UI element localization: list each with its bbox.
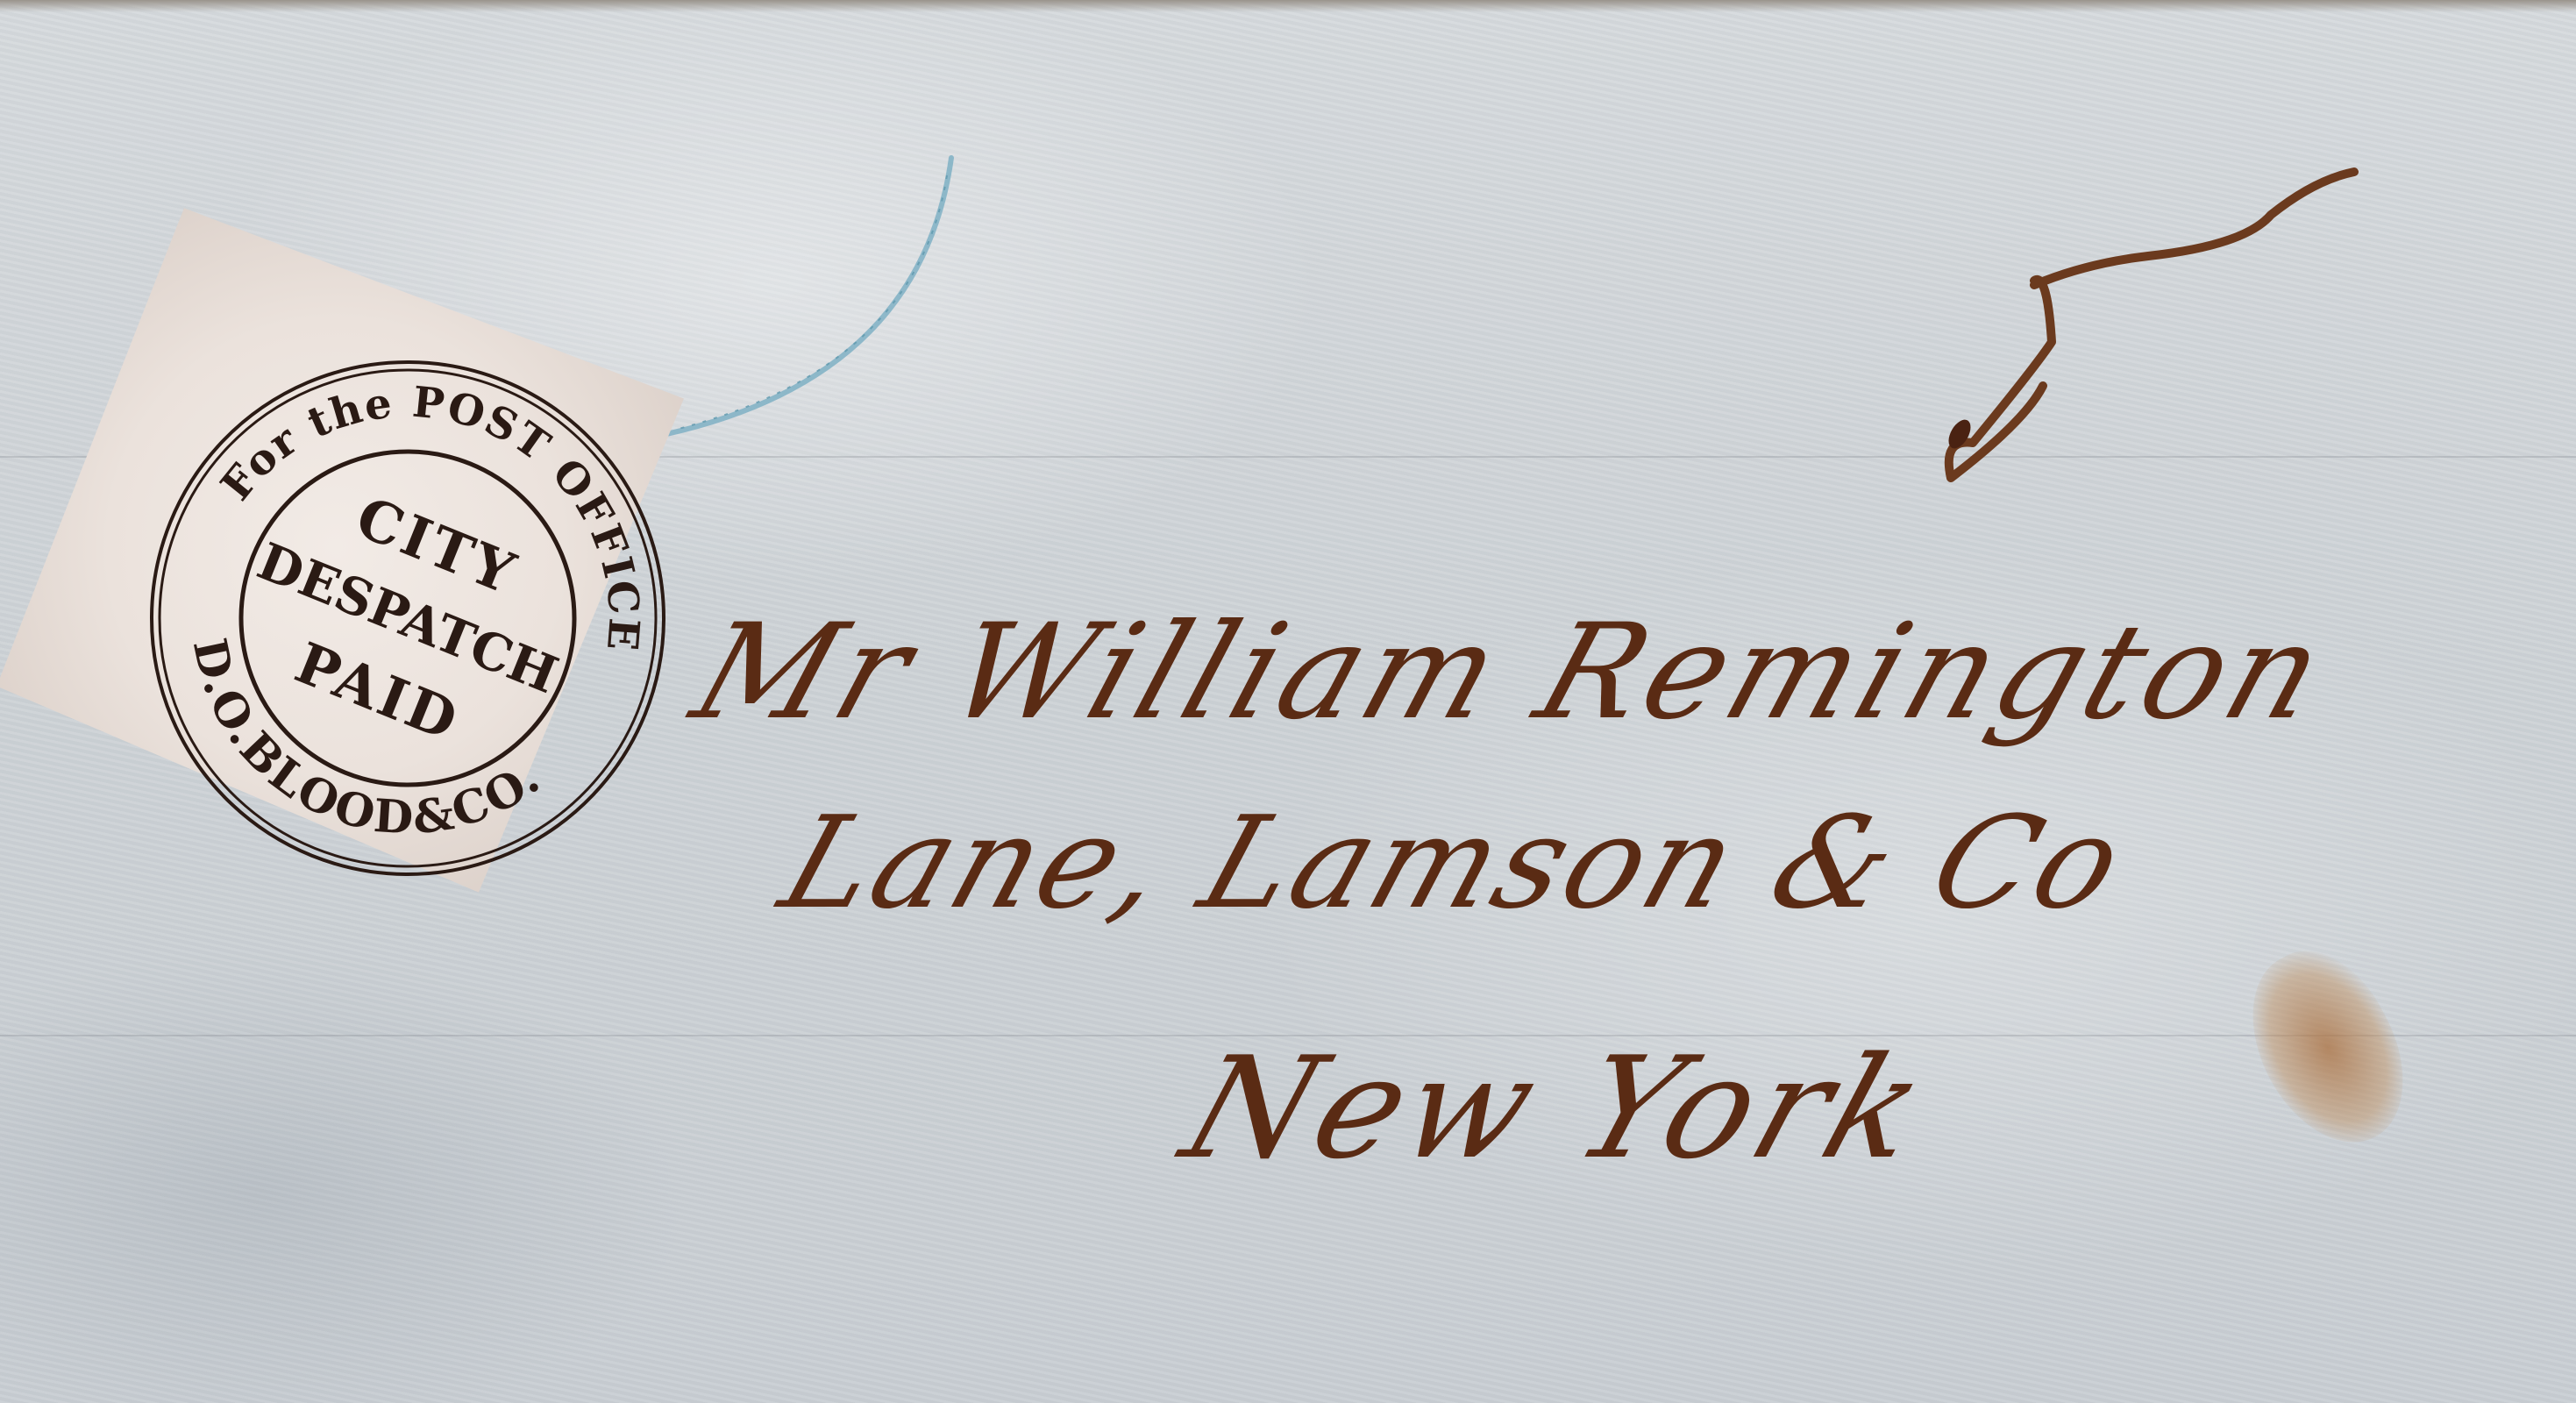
address-line-1: Mr William Remington (677, 596, 2346, 749)
address-line-3: New York (1166, 1026, 1949, 1190)
address-line-2: Lane, Lamson & Co (765, 789, 2144, 937)
